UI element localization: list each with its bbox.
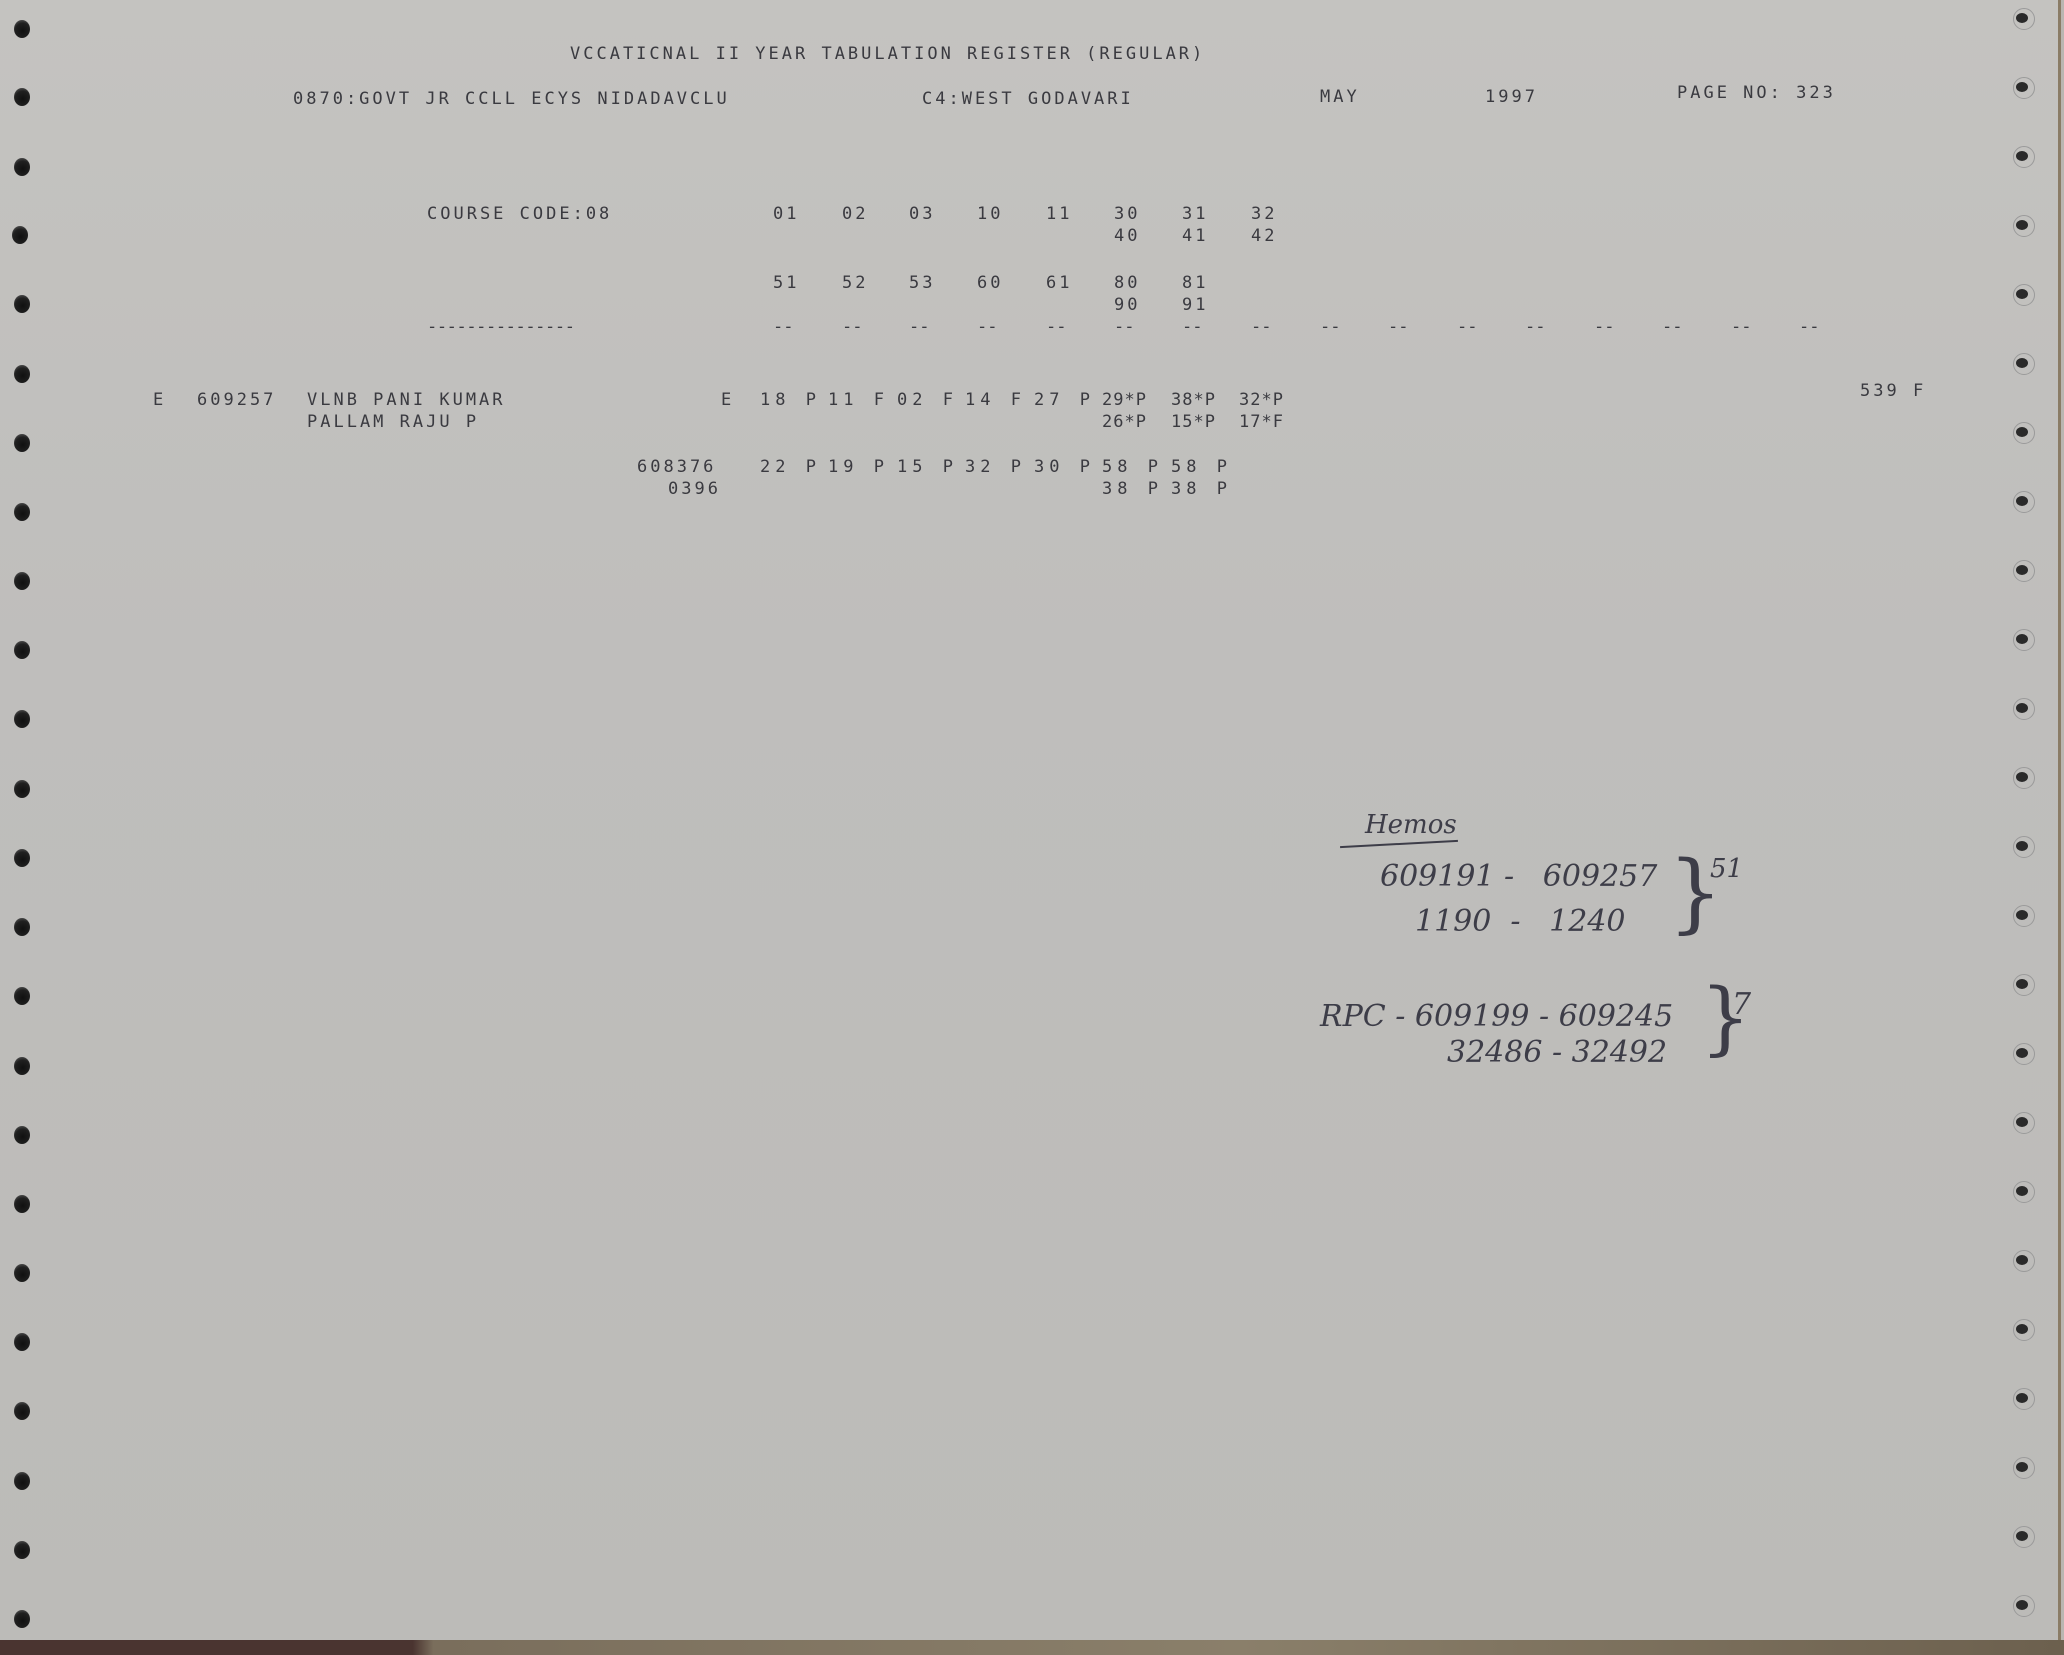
feed-hole-icon	[2013, 215, 2035, 237]
feed-hole-icon	[2013, 146, 2035, 168]
feed-hole-icon	[14, 849, 30, 867]
hall-ticket-number: 609257	[197, 389, 276, 411]
feed-hole-icon	[2013, 1457, 2035, 1479]
feed-hole-icon	[2013, 767, 2035, 789]
feed-hole-icon	[2013, 698, 2035, 720]
course-code-label: COURSE CODE:08	[427, 203, 612, 225]
previous-serial: 0396	[668, 478, 721, 500]
notes-count-2: 7	[1732, 988, 1751, 1022]
feed-hole-icon	[2013, 77, 2035, 99]
feed-hole-icon	[2013, 560, 2035, 582]
feed-hole-icon	[2013, 1595, 2035, 1617]
page-number: PAGE NO: 323	[1677, 82, 1836, 104]
notes-line-3: RPC - 609199 - 609245	[1320, 1000, 1673, 1034]
feed-hole-icon	[14, 918, 30, 936]
feed-hole-icon	[2013, 8, 2035, 30]
feed-hole-icon	[14, 1541, 30, 1559]
feed-hole-icon	[14, 641, 30, 659]
feed-hole-icon	[14, 20, 30, 38]
feed-hole-icon	[14, 1333, 30, 1351]
exam-month: MAY	[1320, 86, 1360, 108]
feed-hole-icon	[2013, 836, 2035, 858]
feed-hole-icon	[14, 1126, 30, 1144]
medium: E	[721, 389, 734, 411]
notes-line-2: 1190 - 1240	[1415, 905, 1626, 939]
feed-hole-icon	[2013, 974, 2035, 996]
feed-hole-icon	[2013, 1181, 2035, 1203]
feed-hole-icon	[14, 710, 30, 728]
district-name: C4:WEST GODAVARI	[922, 88, 1134, 110]
feed-hole-icon	[2013, 1319, 2035, 1341]
feed-hole-icon	[2013, 1526, 2035, 1548]
feed-hole-icon	[14, 434, 30, 452]
total-marks-result: 539 F	[1860, 380, 1926, 402]
feed-hole-icon	[14, 1610, 30, 1628]
feed-hole-icon	[14, 1402, 30, 1420]
college-name: 0870:GOVT JR CCLL ECYS NIDADAVCLU	[293, 88, 730, 110]
feed-hole-icon	[2013, 491, 2035, 513]
exam-year: 1997	[1485, 86, 1538, 108]
student-name: VLNB PANI KUMAR	[307, 389, 506, 411]
feed-hole-icon	[14, 1195, 30, 1213]
register-title: VCCATICNAL II YEAR TABULATION REGISTER (…	[570, 43, 1205, 65]
category: E	[153, 389, 166, 411]
feed-hole-icon	[14, 88, 30, 106]
feed-hole-icon	[14, 295, 30, 313]
notes-line-4: 32486 - 32492	[1447, 1036, 1667, 1070]
feed-hole-icon	[14, 780, 30, 798]
feed-hole-icon	[2013, 284, 2035, 306]
feed-hole-icon	[14, 158, 30, 176]
feed-hole-icon	[14, 365, 30, 383]
feed-hole-icon	[2013, 1112, 2035, 1134]
feed-hole-icon	[14, 572, 30, 590]
notes-heading: Hemos	[1365, 808, 1457, 842]
desk-background	[0, 1640, 2064, 1655]
feed-hole-icon	[2013, 1388, 2035, 1410]
feed-hole-icon	[2013, 353, 2035, 375]
feed-hole-icon	[14, 503, 30, 521]
feed-hole-icon	[12, 226, 28, 244]
notes-count-1: 51	[1710, 852, 1743, 886]
feed-hole-icon	[2013, 905, 2035, 927]
feed-hole-icon	[14, 1472, 30, 1490]
feed-hole-icon	[2013, 629, 2035, 651]
feed-hole-icon	[14, 1057, 30, 1075]
feed-hole-icon	[14, 1264, 30, 1282]
feed-hole-icon	[2013, 422, 2035, 444]
feed-hole-icon	[2013, 1250, 2035, 1272]
previous-hall-ticket: 608376	[637, 456, 716, 478]
notes-line-1: 609191 - 609257	[1380, 860, 1657, 894]
feed-hole-icon	[14, 987, 30, 1005]
feed-hole-icon	[2013, 1043, 2035, 1065]
father-name: PALLAM RAJU P	[307, 411, 479, 433]
tabulation-sheet: VCCATICNAL II YEAR TABULATION REGISTER (…	[0, 0, 2061, 1645]
